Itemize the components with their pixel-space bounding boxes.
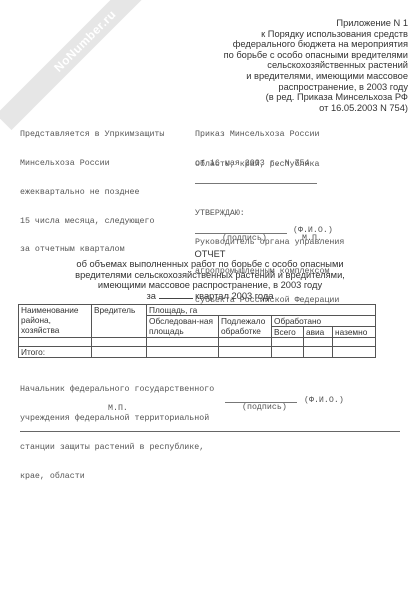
period-prefix: за <box>146 291 155 301</box>
quarter-field[interactable] <box>159 290 193 299</box>
report-title: ОТЧЕТ <box>0 249 420 259</box>
header-pest: Вредитель <box>92 305 147 338</box>
report-period: за квартал 2003 года <box>0 290 420 301</box>
header-aviation: авиа <box>304 327 333 338</box>
appendix-line: и вредителями, имеющими массовое <box>208 71 408 82</box>
cell-to-treat[interactable] <box>219 338 272 347</box>
region-label: Область, край, республика <box>195 160 319 170</box>
report-table: Наименование района, хозяйства Вредитель… <box>18 304 376 358</box>
approval-stamp-label: М.П. <box>302 234 322 244</box>
footer-stamp-label: М.П. <box>108 404 128 414</box>
bottom-separator <box>20 431 400 432</box>
order-line: Приказ Минсельхоза России <box>195 130 319 140</box>
signoff-line: Начальник федерального государственного <box>20 385 214 395</box>
cell-total-label: Итого: <box>19 347 92 358</box>
header-treated-group: Обработано <box>272 316 376 327</box>
submission-note: Представляется в Упркимзащиты Минсельхоз… <box>20 111 164 265</box>
cell-ground[interactable] <box>333 338 376 347</box>
cell-district[interactable] <box>19 338 92 347</box>
cell-surveyed[interactable] <box>147 347 219 358</box>
header-to-treat: Подлежало обработке <box>219 316 272 338</box>
cell-pest[interactable] <box>92 338 147 347</box>
appendix-line: Приложение N 1 <box>208 18 408 29</box>
footer-fio-label: (Ф.И.О.) <box>304 396 344 406</box>
signoff-line: станции защиты растений в республике, <box>20 443 214 453</box>
approval-signature-label: (подпись) <box>222 234 267 244</box>
signoff-line: крае, области <box>20 472 214 482</box>
cell-surveyed[interactable] <box>147 338 219 347</box>
note-line: Представляется в Упркимзащиты <box>20 130 164 140</box>
header-surveyed: Обследован-ная площадь <box>147 316 219 338</box>
appendix-line: (в ред. Приказа Минсельхоза РФ <box>208 92 408 103</box>
appendix-header: Приложение N 1 к Порядку использования с… <box>208 18 408 113</box>
cell-to-treat[interactable] <box>219 347 272 358</box>
appendix-line: распространение, в 2003 году <box>208 82 408 93</box>
report-subtitle-line: имеющими массовое распространение, в 200… <box>0 280 420 290</box>
header-total: Всего <box>272 327 304 338</box>
footer-signoff: Начальник федерального государственного … <box>20 366 214 491</box>
cell-ground[interactable] <box>333 347 376 358</box>
note-line: Минсельхоза России <box>20 159 164 169</box>
table-row-total: Итого: <box>19 347 376 358</box>
approval-heading: УТВЕРЖДАЮ: <box>195 209 344 219</box>
cell-total[interactable] <box>272 338 304 347</box>
header-ground: наземно <box>333 327 376 338</box>
report-subtitle-line: об объемах выполненных работ по борьбе с… <box>0 259 420 269</box>
appendix-line: к Порядку использования средств <box>208 29 408 40</box>
region-field-line[interactable] <box>195 183 317 184</box>
cell-pest[interactable] <box>92 347 147 358</box>
report-title-block: ОТЧЕТ об объемах выполненных работ по бо… <box>0 249 420 301</box>
approval-line: Руководитель органа управления <box>195 238 344 248</box>
appendix-line: федерального бюджета на мероприятия <box>208 39 408 50</box>
note-line: ежеквартально не позднее <box>20 188 164 198</box>
appendix-line: по борьбе с особо опасными вредителями <box>208 50 408 61</box>
header-district: Наименование района, хозяйства <box>19 305 92 338</box>
period-suffix: квартал 2003 года <box>195 291 273 301</box>
cell-total[interactable] <box>272 347 304 358</box>
cell-aviation[interactable] <box>304 338 333 347</box>
table-row <box>19 338 376 347</box>
note-line: 15 числа месяца, следующего <box>20 217 164 227</box>
appendix-line: сельскохозяйственных растений <box>208 60 408 71</box>
cell-aviation[interactable] <box>304 347 333 358</box>
header-area-group: Площадь, га <box>147 305 376 316</box>
signoff-line: учреждения федеральной территориальной <box>20 414 214 424</box>
report-subtitle-line: вредителями сельскохозяйственных растени… <box>0 270 420 280</box>
footer-signature-label: (подпись) <box>242 403 287 413</box>
